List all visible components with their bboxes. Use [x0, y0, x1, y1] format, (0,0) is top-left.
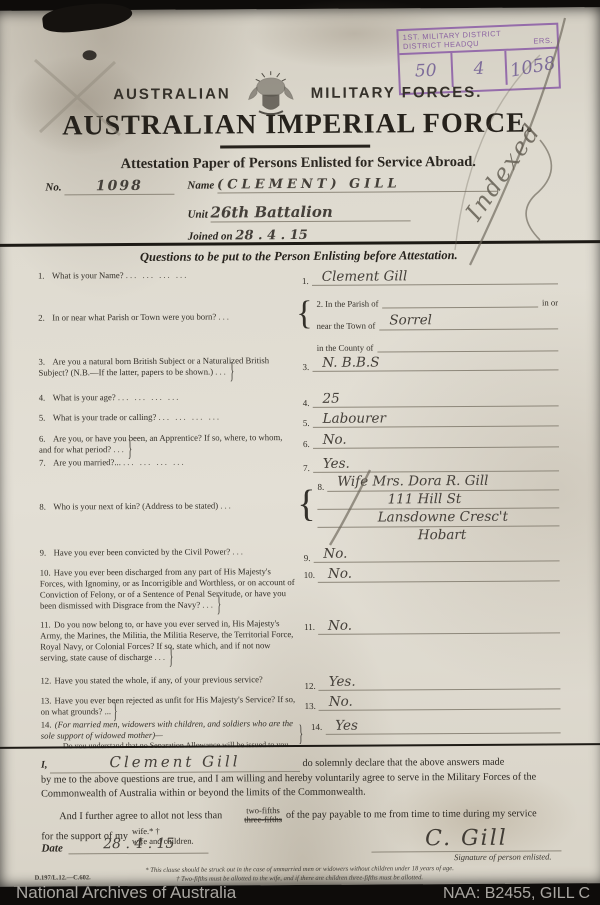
- questions-section: 1.What is your Name? ... ... ... ... 1.C…: [38, 267, 561, 748]
- question-row-6: 6.Are you, or have you been, an Apprenti…: [39, 430, 559, 457]
- answer-14: Yes: [325, 718, 358, 734]
- answer-8-line1: Wife Mrs. Dora R. Gill: [327, 473, 488, 490]
- attestation-paper-scan: 1ST. MILITARY DISTRICT DISTRICT HEADQUER…: [0, 7, 600, 887]
- question-row-8: 8.Who is your next of kin? (Address to b…: [39, 474, 559, 547]
- answer-8-line2: 111 Hill St: [318, 491, 462, 508]
- answer-11: No.: [318, 618, 352, 634]
- answer-7: Yes.: [313, 456, 350, 472]
- answer-1: Clement Gill: [312, 268, 408, 285]
- answer-5: Labourer: [313, 410, 386, 426]
- answer-12: Yes.: [319, 674, 356, 690]
- answer-8-line4: Hobart: [318, 527, 467, 544]
- form-number: D.197/L.12.—C.602.: [35, 874, 91, 881]
- answer-6: No.: [313, 432, 347, 448]
- answer-8-line3: Lansdowne Cresc't: [318, 509, 508, 526]
- question-row-1: 1.What is your Name? ... ... ... ... 1.C…: [38, 267, 558, 294]
- paper-tear: [41, 0, 133, 35]
- org-left-label: AUSTRALIAN: [113, 85, 231, 103]
- question-row-10: 10.Have you ever been discharged from an…: [40, 564, 560, 619]
- answer-9: No.: [313, 546, 347, 562]
- date-signature-row: Date 28 . 4 . 15 C. Gill Signature of pe…: [41, 825, 561, 864]
- section-rule: [0, 240, 600, 247]
- unit-value: 26th Battalion: [210, 203, 332, 222]
- name-value: (CLEMENT) GILL: [217, 176, 401, 192]
- org-right-label: MILITARY FORCES.: [311, 83, 483, 101]
- name-field: Name (CLEMENT) GILL: [187, 176, 497, 194]
- question-row-11: 11.Do you now belong to, or have you eve…: [40, 616, 560, 675]
- answer-4: 25: [312, 391, 339, 407]
- service-number-value: 1098: [96, 178, 143, 194]
- answer-13: No.: [319, 694, 353, 710]
- questions-heading: Questions to be put to the Person Enlist…: [0, 247, 600, 266]
- title-underline: [220, 145, 370, 149]
- service-number-field: No. 1098: [45, 178, 174, 196]
- question-row-13: 13.Have you ever been rejected as unfit …: [41, 692, 561, 719]
- archive-watermark-right: NAA: B2455, GILL C: [443, 885, 590, 903]
- answer-2-town: Sorrel: [379, 312, 432, 328]
- answer-3: N. B.B.S: [312, 355, 379, 371]
- opening-brace: {: [297, 482, 316, 545]
- answer-2-county: [377, 334, 387, 350]
- answer-2-parish: [382, 290, 392, 306]
- date-value: 28 . 4 . 15: [103, 836, 174, 852]
- declarant-name: Clement Gill: [85, 752, 264, 771]
- paper-hole: [83, 50, 97, 60]
- question-row-3: 3.Are you a natural born British Subject…: [38, 353, 558, 392]
- unit-field: Unit 26th Battalion: [188, 202, 411, 222]
- archive-watermark-left: National Archives of Australia: [16, 883, 236, 903]
- signature-value: C. Gill: [425, 826, 508, 852]
- answer-10: No.: [318, 566, 352, 582]
- question-row-2: 2.In or near what Parish or Town were yo…: [38, 291, 558, 356]
- opening-brace: {: [296, 295, 313, 359]
